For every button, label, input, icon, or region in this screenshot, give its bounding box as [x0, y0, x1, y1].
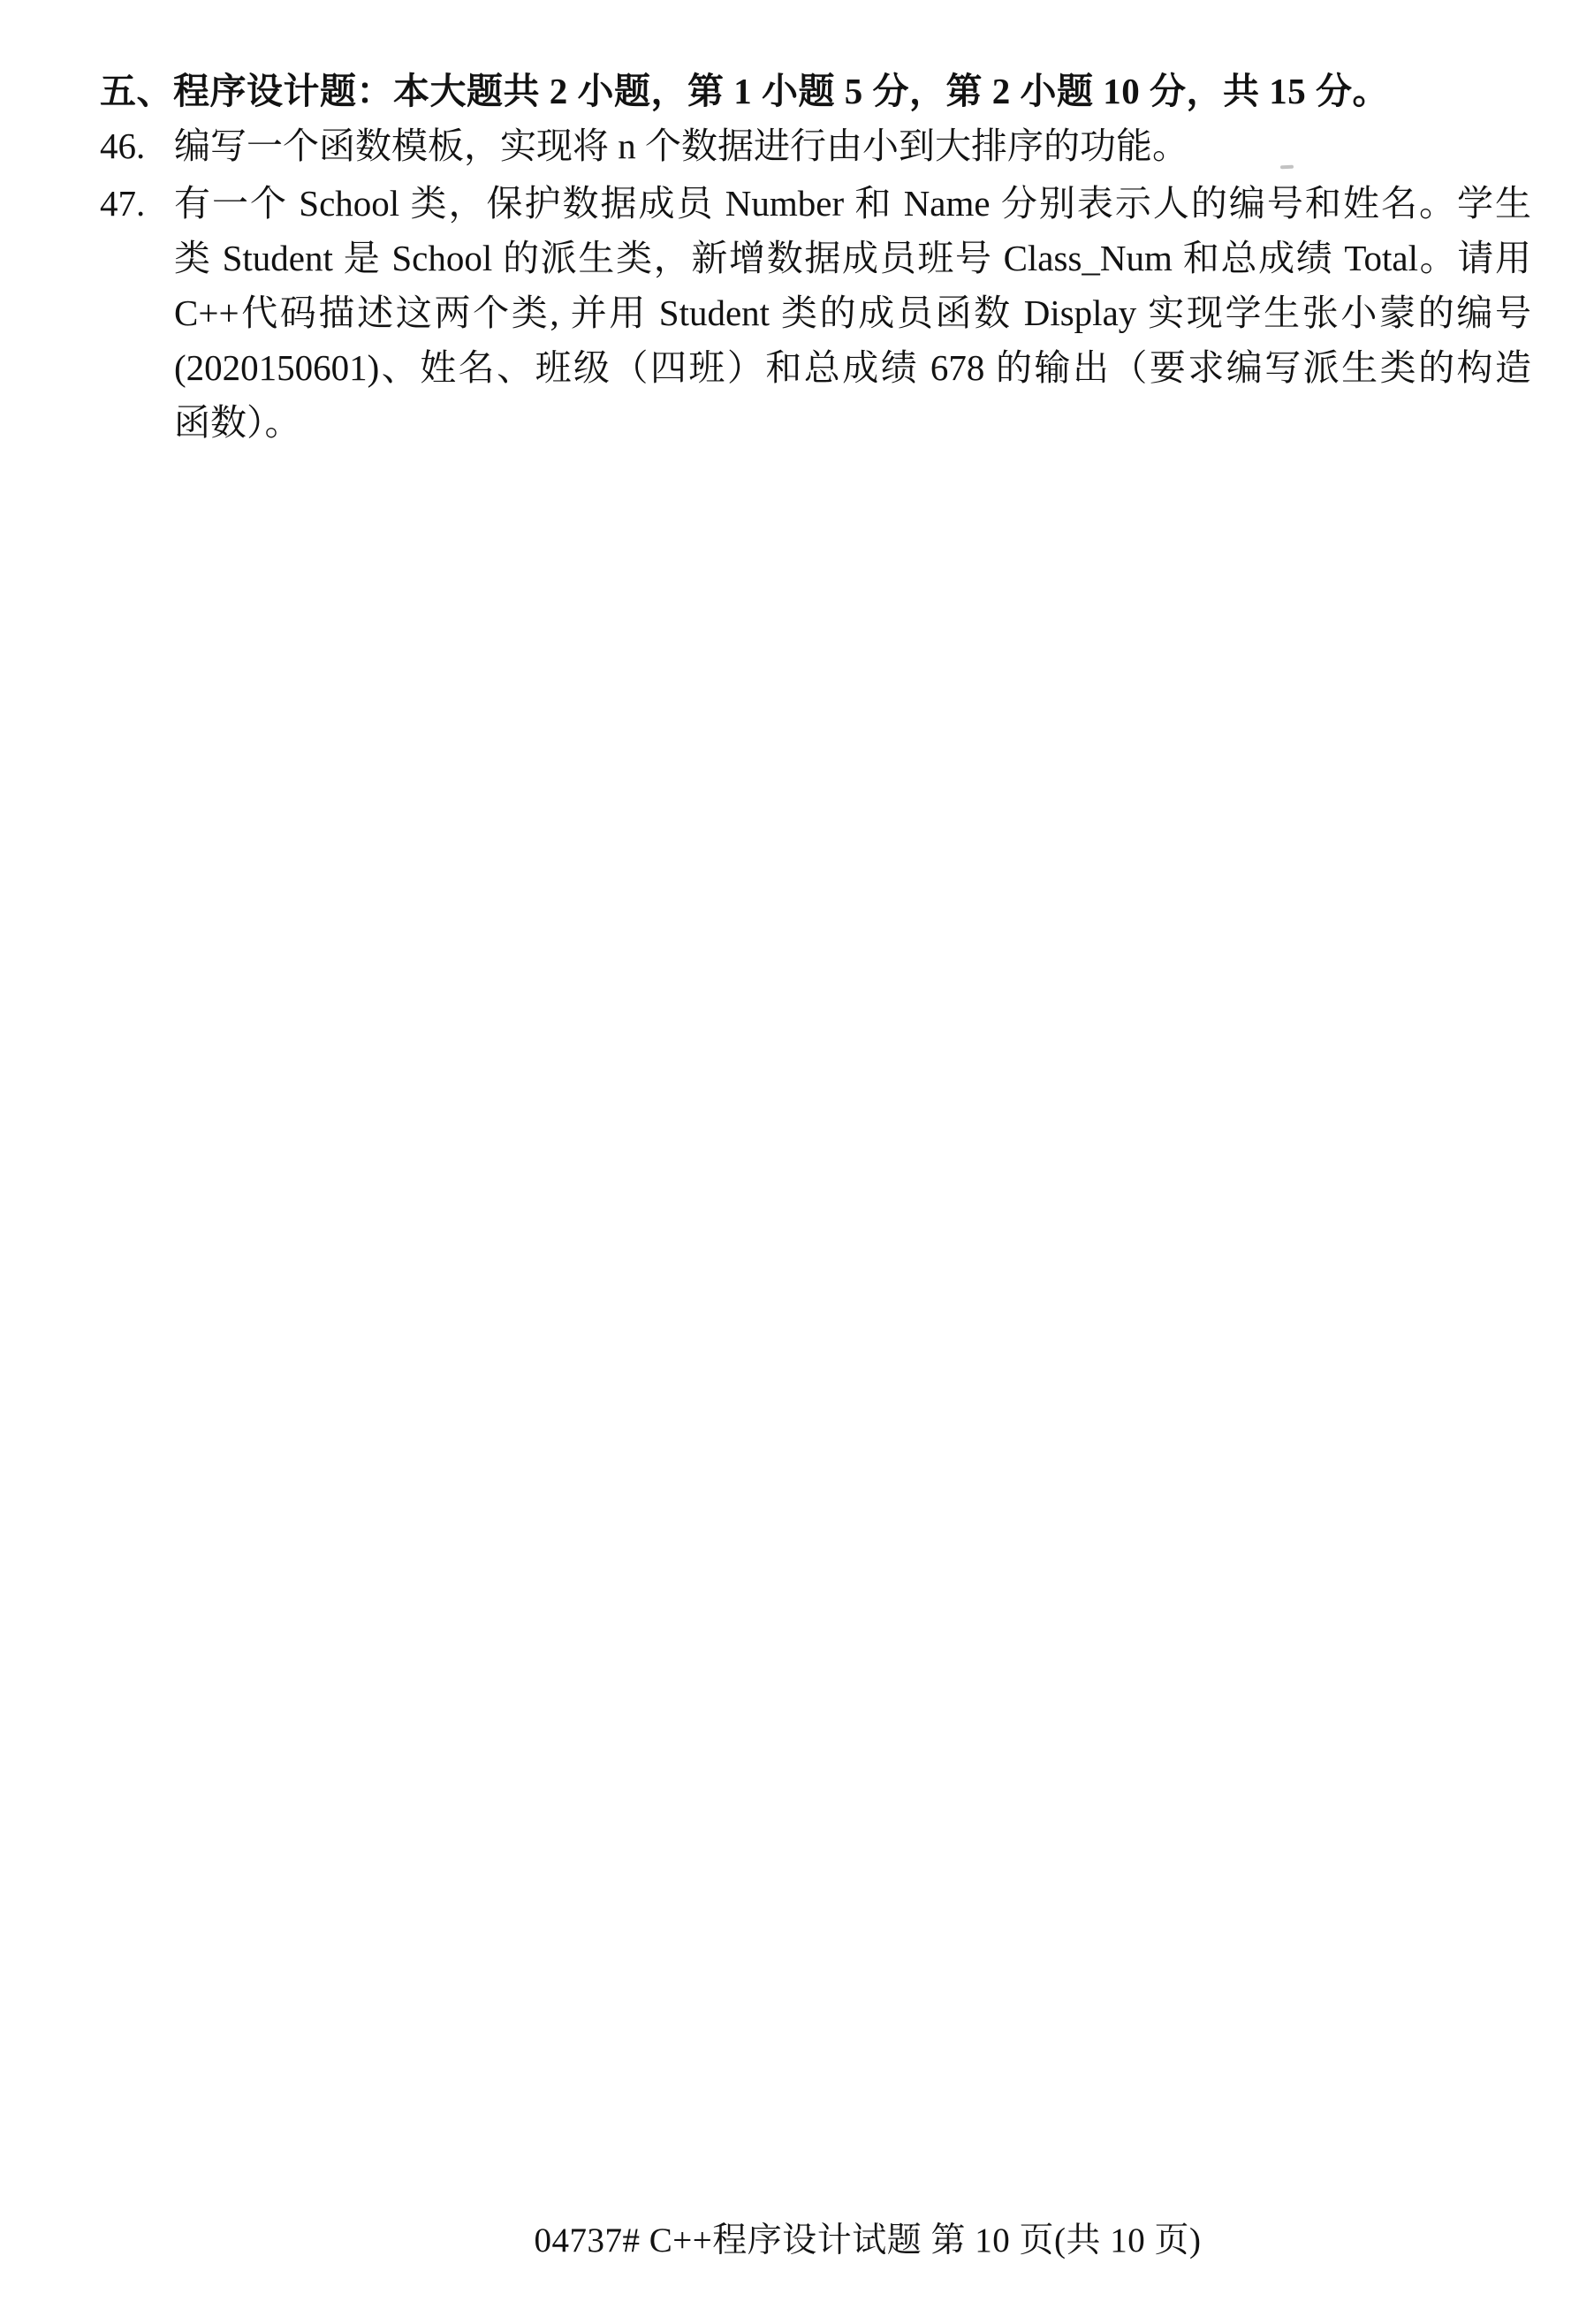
scan-speck — [1280, 165, 1294, 170]
question-46-text: 编写一个函数模板，实现将 n 个数据进行由小到大排序的功能。 — [174, 118, 1531, 173]
section-heading: 五、程序设计题：本大题共 2 小题，第 1 小题 5 分，第 2 小题 10 分… — [100, 64, 1531, 118]
exam-page: 五、程序设计题：本大题共 2 小题，第 1 小题 5 分，第 2 小题 10 分… — [0, 0, 1594, 2324]
question-46-number: 46. — [100, 118, 174, 173]
question-47-line-1: 有一个 School 类，保护数据成员 Number 和 Name 分别表示人的… — [174, 176, 1531, 231]
question-47-line-5: 函数）。 — [174, 395, 1531, 450]
question-47-line-4: (2020150601)、姓名、班级（四班）和总成绩 678 的输出（要求编写派… — [174, 340, 1531, 395]
question-47-number: 47. — [100, 176, 174, 231]
question-47-line-3: C++代码描述这两个类, 并用 Student 类的成员函数 Display 实… — [174, 285, 1531, 340]
page-footer: 04737# C++程序设计试题 第 10 页(共 10 页) — [71, 2214, 1594, 2267]
question-47: 47. 有一个 School 类，保护数据成员 Number 和 Name 分别… — [100, 176, 1531, 450]
question-46: 46. 编写一个函数模板，实现将 n 个数据进行由小到大排序的功能。 — [100, 118, 1531, 173]
question-47-line-2: 类 Student 是 School 的派生类，新增数据成员班号 Class_N… — [174, 231, 1531, 285]
